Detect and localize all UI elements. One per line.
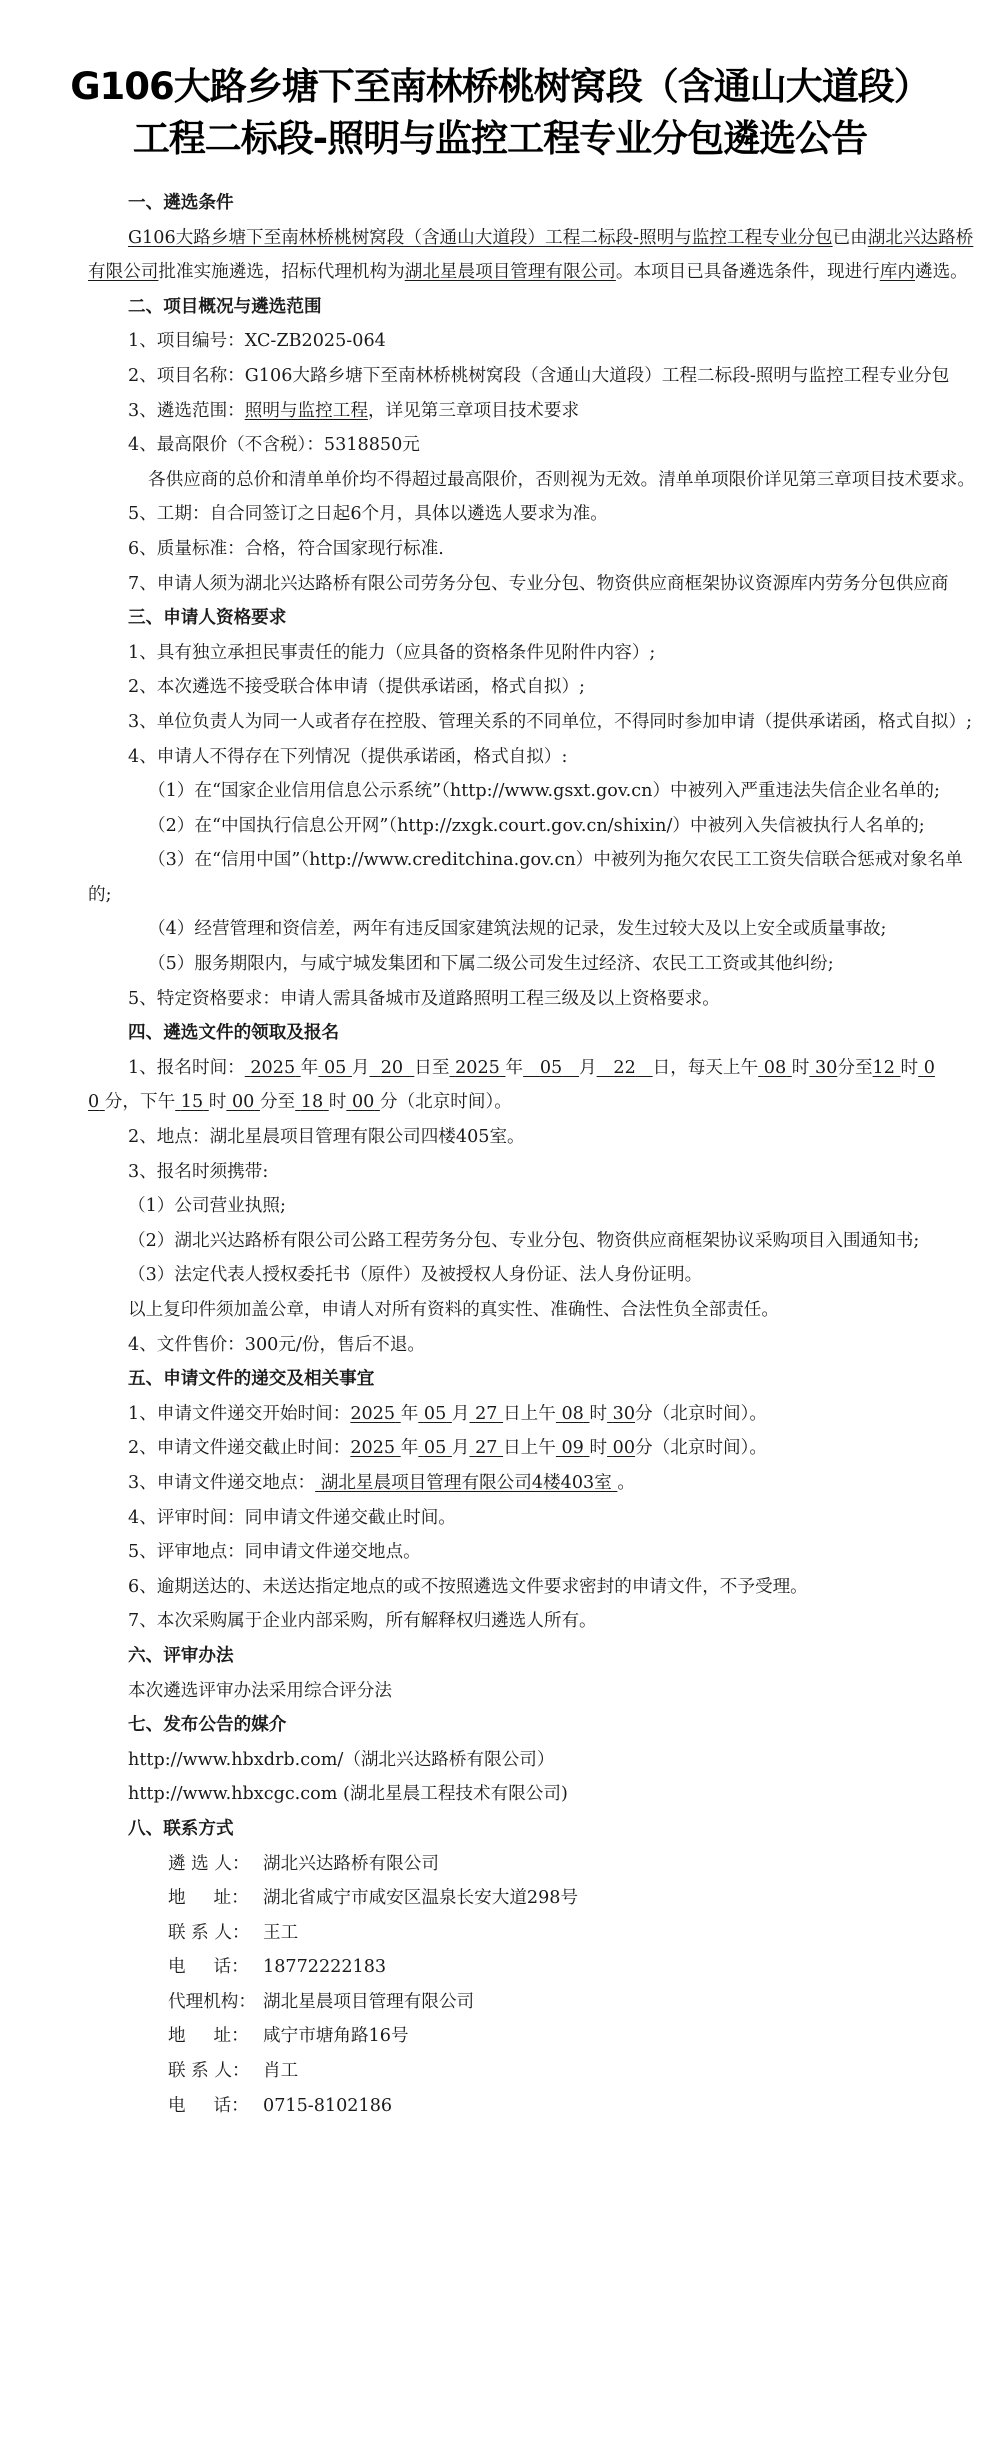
document-price: 4、文件售价：300元/份，售后不退。 <box>88 1328 986 1363</box>
qualification-4: 4、申请人不得存在下列情况（提供承诺函，格式自拟）: <box>88 740 986 775</box>
section-heading-evaluation: 六、评审办法 <box>88 1639 986 1674</box>
project-name: 2、项目名称：G106大路乡塘下至南林桥桃树窝段（含通山大道段）工程二标段-照明… <box>88 359 986 394</box>
submission-location: 3、申请文件递交地点： 湖北星晨项目管理有限公司4楼403室 。 <box>88 1466 986 1501</box>
price-note: 各供应商的总价和清单单价均不得超过最高限价，否则视为无效。清单单项限价详见第三章… <box>88 463 986 498</box>
review-location: 5、评审地点：同申请文件递交地点。 <box>88 1535 986 1570</box>
registration-time: 1、报名时间： 2025 年 05 月 20 日至 2025 年 05 月 22… <box>88 1051 986 1120</box>
copies-note: 以上复印件须加盖公章，申请人对所有资料的真实性、准确性、合法性负全部责任。 <box>88 1293 986 1328</box>
exclusion-4: （4）经营管理和资信差，两年有违反国家建筑法规的记录，发生过较大及以上安全或质量… <box>88 912 986 947</box>
review-time: 4、评审时间：同申请文件递交截止时间。 <box>88 1501 986 1536</box>
document-title-line1: G106大路乡塘下至南林桥桃树窝段（含通山大道段） <box>0 56 1000 110</box>
evaluation-method: 本次遴选评审办法采用综合评分法 <box>88 1674 986 1709</box>
media-item: http://www.hbxdrb.com/（湖北兴达路桥有限公司） <box>88 1743 986 1778</box>
exclusion-3: （3）在“信用中国”（http://www.creditchina.gov.cn… <box>88 843 986 912</box>
document-1: （1）公司营业执照; <box>88 1189 986 1224</box>
contact-row: 遴 选 人：湖北兴达路桥有限公司 <box>88 1847 986 1882</box>
contact-row: 电 话：18772222183 <box>88 1950 986 1985</box>
document-body: 一、遴选条件 G106大路乡塘下至南林桥桃树窝段（含通山大道段）工程二标段-照明… <box>88 186 986 2123</box>
qualification-5: 5、特定资格要求：申请人需具备城市及道路照明工程三级及以上资格要求。 <box>88 982 986 1017</box>
quality-standard: 6、质量标准：合格，符合国家现行标准. <box>88 532 986 567</box>
section-heading-conditions: 一、遴选条件 <box>88 186 986 221</box>
project-number: 1、项目编号：XC-ZB2025-064 <box>88 324 986 359</box>
interpretation-note: 7、本次采购属于企业内部采购，所有解释权归遴选人所有。 <box>88 1604 986 1639</box>
agency-name: 湖北星晨项目管理有限公司 <box>405 262 616 282</box>
section-heading-overview: 二、项目概况与遴选范围 <box>88 290 986 325</box>
document-2: （2）湖北兴达路桥有限公司公路工程劳务分包、专业分包、物资供应商框架协议采购项目… <box>88 1224 986 1259</box>
document-3: （3）法定代表人授权委托书（原件）及被授权人身份证、法人身份证明。 <box>88 1258 986 1293</box>
qualification-3: 3、单位负责人为同一人或者存在控股、管理关系的不同单位，不得同时参加申请（提供承… <box>88 705 986 740</box>
media-link[interactable]: http://www.hbxdrb.com/ <box>128 1750 343 1770</box>
applicant-pool: 7、申请人须为湖北兴达路桥有限公司劳务分包、专业分包、物资供应商框架协议资源库内… <box>88 567 986 602</box>
submission-start-time: 1、申请文件递交开始时间：2025 年 05 月 27 日上午 08 时 30分… <box>88 1397 986 1432</box>
media-item: http://www.hbxcgc.com (湖北星晨工程技术有限公司) <box>88 1777 986 1812</box>
selection-scope: 3、遴选范围：照明与监控工程，详见第三章项目技术要求 <box>88 394 986 429</box>
section-heading-contact: 八、联系方式 <box>88 1812 986 1847</box>
project-name-underlined: G106大路乡塘下至南林桥桃树窝段（含通山大道段）工程二标段-照明与监控工程专业… <box>128 228 833 248</box>
media-link[interactable]: http://www.hbxcgc.com <box>128 1784 337 1804</box>
exclusion-2: （2）在“中国执行信息公开网”（http://zxgk.court.gov.cn… <box>88 809 986 844</box>
max-price: 4、最高限价（不含税）：5318850元 <box>88 428 986 463</box>
qualification-1: 1、具有独立承担民事责任的能力（应具备的资格条件见附件内容）; <box>88 636 986 671</box>
exclusion-1: （1）在“国家企业信用信息公示系统”（http://www.gsxt.gov.c… <box>88 774 986 809</box>
registration-location: 2、地点：湖北星晨项目管理有限公司四楼405室。 <box>88 1120 986 1155</box>
contact-row: 代理机构：湖北星晨项目管理有限公司 <box>88 1985 986 2020</box>
duration: 5、工期：自合同签订之日起6个月，具体以遴选人要求为准。 <box>88 497 986 532</box>
section-heading-qualifications: 三、申请人资格要求 <box>88 601 986 636</box>
submission-deadline: 2、申请文件递交截止时间：2025 年 05 月 27 日上午 09 时 00分… <box>88 1431 986 1466</box>
registration-documents: 3、报名时须携带: <box>88 1155 986 1190</box>
contact-row: 地 址：湖北省咸宁市咸安区温泉长安大道298号 <box>88 1881 986 1916</box>
exclusion-5: （5）服务期限内，与咸宁城发集团和下属二级公司发生过经济、农民工工资或其他纠纷; <box>88 947 986 982</box>
conditions-paragraph: G106大路乡塘下至南林桥桃树窝段（含通山大道段）工程二标段-照明与监控工程专业… <box>88 221 986 290</box>
late-submission-note: 6、逾期送达的、未送达指定地点的或不按照遴选文件要求密封的申请文件，不予受理。 <box>88 1570 986 1605</box>
contact-row: 联 系 人：肖工 <box>88 2054 986 2089</box>
document-title-line2: 工程二标段-照明与监控工程专业分包遴选公告 <box>0 108 1000 162</box>
section-heading-submission: 五、申请文件的递交及相关事宜 <box>88 1362 986 1397</box>
section-heading-registration: 四、遴选文件的领取及报名 <box>88 1016 986 1051</box>
section-heading-media: 七、发布公告的媒介 <box>88 1708 986 1743</box>
contact-row: 联 系 人：王工 <box>88 1916 986 1951</box>
contact-row: 电 话：0715-8102186 <box>88 2089 986 2124</box>
contact-row: 地 址：咸宁市塘角路16号 <box>88 2019 986 2054</box>
qualification-2: 2、本次遴选不接受联合体申请（提供承诺函，格式自拟）; <box>88 670 986 705</box>
selection-mode: 库内 <box>880 262 915 282</box>
